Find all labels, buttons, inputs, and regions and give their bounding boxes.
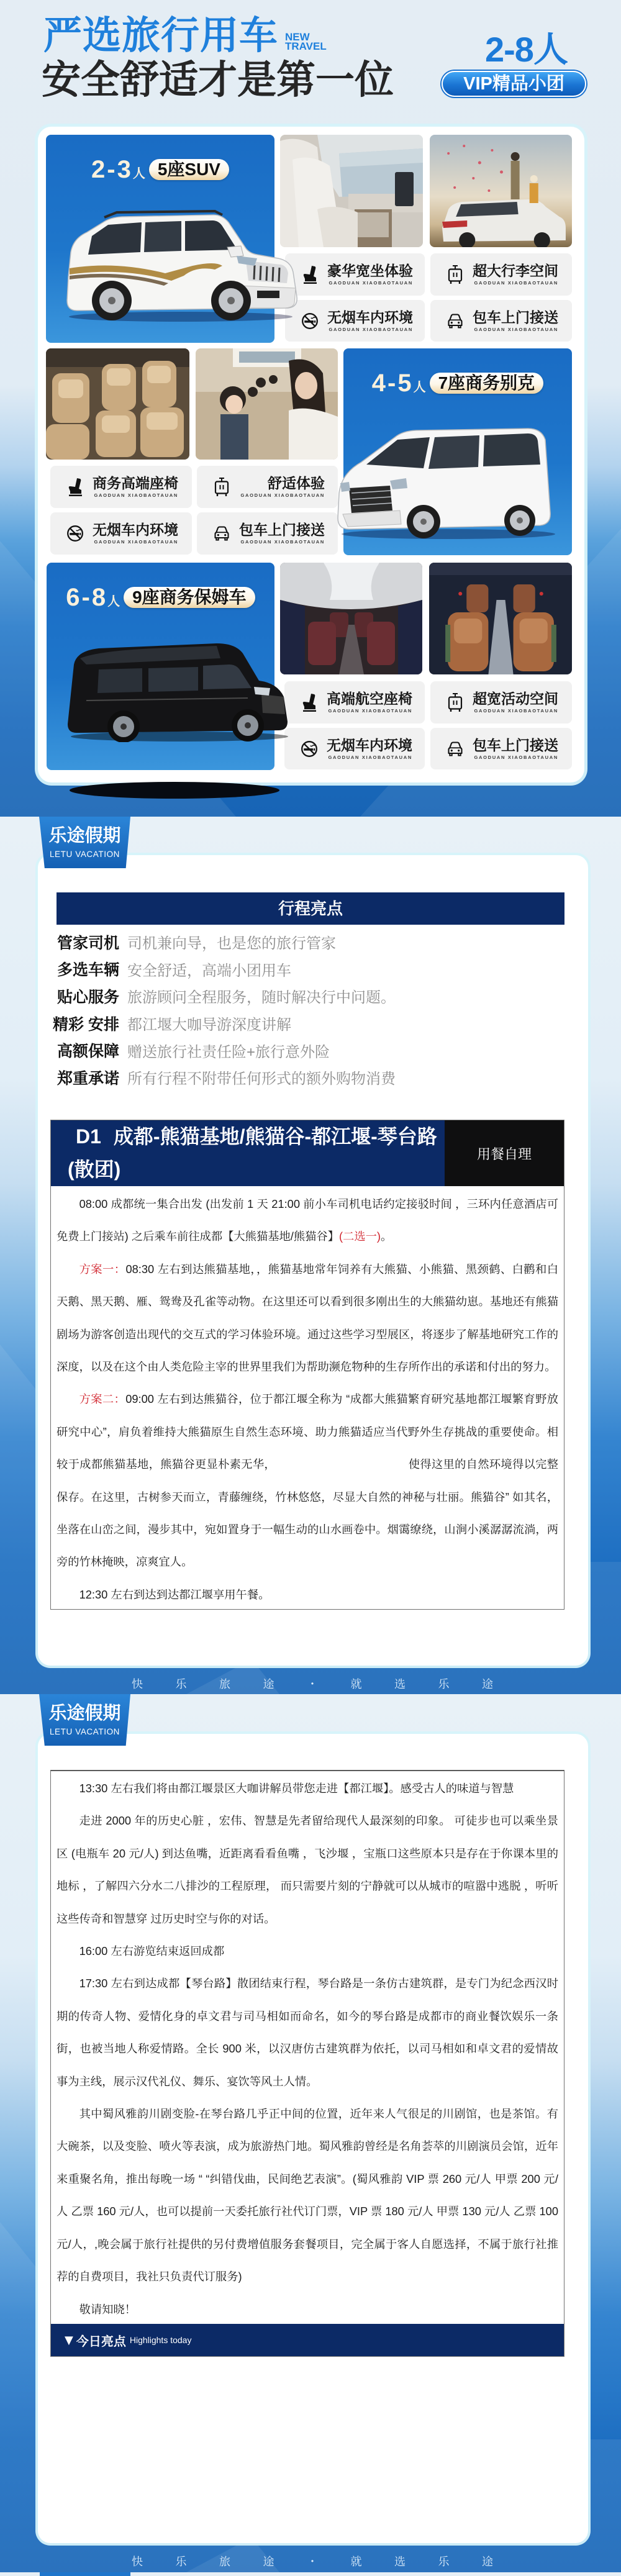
itinerary-paragraph: 13:30 左右我们将由都江堰景区大咖讲解员带您走进【都江堰】。感受古人的味道与… <box>57 1772 558 1805</box>
car-icon <box>446 739 464 759</box>
capacity-number: 6-8 <box>66 585 107 610</box>
suv-interior-photo <box>280 135 423 247</box>
luggage-icon <box>446 265 464 284</box>
slogan: 快乐旅途・就选乐途 <box>132 1677 526 1692</box>
itinerary-section-2: 乐途假期 LETU VACATION 13:30 左右我们将由都江堰景区大咖讲解… <box>0 1694 621 2572</box>
capacity-unit: 人 <box>414 379 426 396</box>
seat-icon <box>301 265 319 284</box>
highlight-description: 旅游顾问全程服务，随时解决行中问题。 <box>127 985 396 1007</box>
highlight-label: 高额保障 <box>48 1039 119 1061</box>
highlight-description: 司机兼向导，也是您的旅行管家 <box>127 931 336 953</box>
luggage-icon <box>446 692 464 712</box>
luggage-icon <box>213 477 230 497</box>
vehicle-model-badge: 5座SUV <box>149 159 229 180</box>
capacity-number: 2-3 <box>91 157 133 182</box>
family-in-mpv-photo <box>196 348 338 460</box>
no-smoking-icon <box>301 739 318 759</box>
highlight-label: 精彩 安排 <box>48 1012 119 1035</box>
day-title-line: D1成都-熊猫基地/熊猫谷-都江堰-琴台路 <box>68 1120 445 1153</box>
highlight-item: 贴心服务旅游顾问全程服务，随时解决行中问题。 <box>48 982 396 1010</box>
vip-group-badge: VIP精品小团 <box>442 71 586 97</box>
highlights-heading: 行程亮点 <box>57 892 564 925</box>
feature-tile: 包车上门接送GAODUAN XIAOBAOTAUAN <box>197 512 338 555</box>
brand-english-name: LETU VACATION <box>39 850 130 859</box>
itinerary-paragraph: 方案一：08:30 左右到达熊猫基地，，熊猫基地常年饲养有大熊猫、小熊猫、黑颈鹤… <box>57 1253 558 1384</box>
vehicle-panel-van: 6-8 人 9座商务保姆车 <box>47 563 274 770</box>
highlight-item: 郑重承诺所有行程不附带任何形式的额外购物消费 <box>48 1064 396 1091</box>
feature-subtitle: GAODUAN XIAOBAOTAUAN <box>470 708 558 714</box>
mpv-seats-photo <box>46 348 189 460</box>
day-route: 成都-熊猫基地/熊猫谷-都江堰-琴台路 <box>114 1125 437 1148</box>
vehicle-title: 2-3 人 5座SUV <box>46 157 274 182</box>
feature-title: 无烟车内环境 <box>325 309 413 325</box>
no-smoking-icon <box>66 524 84 543</box>
feature-title: 超宽活动空间 <box>470 691 558 707</box>
paragraph-text: 08:30 左右到达熊猫基地，，熊猫基地常年饲养有大熊猫、小熊猫、黑颈鹤、白鹳和… <box>57 1263 558 1373</box>
highlight-description: 所有行程不附带任何形式的额外购物消费 <box>127 1066 396 1088</box>
itinerary-paragraph: 其中蜀风雅韵川剧变脸-在琴台路几乎正中间的位置，近年来人气很足的川剧馆，也是茶馆… <box>57 2098 558 2293</box>
car-icon <box>213 524 230 543</box>
feature-tile: 豪华宽坐体验GAODUAN XIAOBAOTAUAN <box>285 253 425 296</box>
feature-tile: 无烟车内环境GAODUAN XIAOBAOTAUAN <box>284 728 425 769</box>
capacity-number: 4-5 <box>372 371 414 396</box>
headline-secondary: 安全舒适才是第一位 <box>42 58 394 102</box>
feature-tile: 超宽活动空间GAODUAN XIAOBAOTAUAN <box>430 681 572 723</box>
plan-label: 方案二： <box>79 1392 126 1405</box>
no-smoking-icon <box>301 311 319 331</box>
headline-tag: NEW TRAVEL <box>285 32 327 51</box>
feature-title: 豪华宽坐体验 <box>325 263 413 279</box>
brand-logo-tag: 乐途假期 LETU VACATION <box>39 817 130 868</box>
van-cabin-photo <box>280 563 422 674</box>
highlight-label: 多选车辆 <box>48 958 119 980</box>
feature-tile: 包车上门接送GAODUAN XIAOBAOTAUAN <box>430 728 572 769</box>
day-title: D1成都-熊猫基地/熊猫谷-都江堰-琴台路 (散团) <box>51 1120 445 1186</box>
brand-logo-tag-edge <box>40 2572 130 2576</box>
vehicle-model-badge: 7座商务别克 <box>430 373 544 394</box>
van-car-image <box>61 640 291 742</box>
itinerary-paragraph: 敬请知晓！ <box>57 2293 558 2326</box>
triangle-down-icon: ▼ <box>65 2334 73 2347</box>
feature-title: 包车上门接送 <box>470 737 558 753</box>
highlight-item: 管家司机司机兼向导，也是您的旅行管家 <box>48 928 396 956</box>
capacity-unit: 人 <box>133 166 145 182</box>
capacity-unit: 人 <box>107 594 120 610</box>
feature-title: 舒适体验 <box>237 475 325 491</box>
feature-tile: 商务高端座椅GAODUAN XIAOBAOTAUAN <box>50 466 192 508</box>
feature-subtitle: GAODUAN XIAOBAOTAUAN <box>325 280 413 286</box>
feature-title: 包车上门接送 <box>470 309 558 325</box>
day-description: 08:00 成都统一集合出发 (出发前 1 天 21:00 前小车司机电话约定接… <box>51 1186 564 1610</box>
brand-english-name: LETU VACATION <box>39 1727 130 1737</box>
feature-subtitle: GAODUAN XIAOBAOTAUAN <box>237 539 325 545</box>
itinerary-paragraph: 12:30 左右到达到达都江堰享用午餐。 <box>57 1579 558 1610</box>
group-size: 2-8人 <box>485 31 568 68</box>
itinerary-paragraph: 17:30 左右到达成都【琴台路】散团结束行程，琴台路是一条仿古建筑群，是专门为… <box>57 1967 558 2098</box>
feature-subtitle: GAODUAN XIAOBAOTAUAN <box>90 492 178 499</box>
itinerary-card: 行程亮点 管家司机司机兼向导，也是您的旅行管家 多选车辆安全舒适，高端小团用车 … <box>38 855 588 1666</box>
feature-subtitle: GAODUAN XIAOBAOTAUAN <box>90 539 178 545</box>
itinerary-paragraph: 方案二：09:00 左右到达熊猫谷，位于都江堰全称为 “成都大熊猫繁育研究基地都… <box>57 1383 558 1578</box>
plan-label: 方案一： <box>79 1263 126 1276</box>
highlight-item: 精彩 安排都江堰大咖导游深度讲解 <box>48 1010 396 1037</box>
vehicle-panel-suv: 2-3 人 5座SUV <box>46 135 274 343</box>
feature-tile: 无烟车内环境GAODUAN XIAOBAOTAUAN <box>50 512 192 555</box>
highlight-label: 郑重承诺 <box>48 1066 119 1089</box>
today-highlights-bar: ▼ 今日亮点 Highlights today <box>51 2324 564 2356</box>
slogan: 快乐旅途・就选乐途 <box>132 2554 526 2569</box>
feature-title: 超大行李空间 <box>470 263 558 279</box>
day-route-suffix: (散团) <box>68 1153 445 1186</box>
feature-title: 无烟车内环境 <box>324 737 412 753</box>
highlight-label: 管家司机 <box>48 931 119 953</box>
feature-tile: 包车上门接送GAODUAN XIAOBAOTAUAN <box>430 300 572 342</box>
paragraph-text: 09:00 左右到达熊猫谷，位于都江堰全称为 “成都大熊猫繁育研究基地都江堰繁育… <box>57 1392 558 1568</box>
brand-name: 乐途假期 <box>39 1703 130 1724</box>
highlight-description: 赠送旅行社责任险+旅行意外险 <box>127 1040 330 1061</box>
itinerary-card: 13:30 左右我们将由都江堰景区大咖讲解员带您走进【都江堰】。感受古人的味道与… <box>38 1734 588 2543</box>
seat-icon <box>66 477 84 497</box>
headline-primary: 严选旅行用车 <box>43 14 278 58</box>
highlight-description: 安全舒适，高端小团用车 <box>127 958 291 980</box>
highlight-label: 贴心服务 <box>48 985 119 1007</box>
feature-tile: 高端航空座椅GAODUAN XIAOBAOTAUAN <box>284 681 425 723</box>
paragraph-text: 12:30 左右到达到达都江堰享用午餐。 <box>79 1588 270 1601</box>
vehicle-panel-mpv: 4-5 人 7座商务别克 <box>343 348 572 555</box>
highlight-description: 都江堰大咖导游深度讲解 <box>127 1012 291 1034</box>
vehicle-model-badge: 9座商务保姆车 <box>124 587 255 608</box>
itinerary-paragraph: 08:00 成都统一集合出发 (出发前 1 天 21:00 前小车司机电话约定接… <box>57 1188 558 1253</box>
van-leather-seats-photo <box>429 563 572 674</box>
feature-title: 无烟车内环境 <box>90 522 178 538</box>
paragraph-end: 。 <box>381 1230 392 1243</box>
highlights-list: 管家司机司机兼向导，也是您的旅行管家 多选车辆安全舒适，高端小团用车 贴心服务旅… <box>48 928 396 1091</box>
brand-logo-tag: 乐途假期 LETU VACATION <box>39 1694 130 1746</box>
itinerary-section-1: 乐途假期 LETU VACATION 行程亮点 管家司机司机兼向导，也是您的旅行… <box>0 817 621 1694</box>
feature-subtitle: GAODUAN XIAOBAOTAUAN <box>470 755 558 761</box>
seat-icon <box>301 692 318 712</box>
feature-title: 包车上门接送 <box>237 522 325 538</box>
feature-title: 高端航空座椅 <box>324 691 412 707</box>
feature-title: 商务高端座椅 <box>90 475 178 491</box>
feature-tile: 无烟车内环境GAODUAN XIAOBAOTAUAN <box>285 300 425 342</box>
headline-tag-line2: TRAVEL <box>285 42 327 51</box>
itinerary-paragraph: 走进 2000 年的历史心脏 ，宏伟、智慧是先者留给现代人最深刻的印象。 可徒步… <box>57 1805 558 1935</box>
day1-itinerary-box: D1成都-熊猫基地/熊猫谷-都江堰-琴台路 (散团) 用餐自理 08:00 成都… <box>50 1120 564 1610</box>
feature-subtitle: GAODUAN XIAOBAOTAUAN <box>324 708 412 714</box>
suv-car-image <box>60 204 301 323</box>
today-highlights-title: 今日亮点 <box>76 2331 126 2349</box>
brand-name: 乐途假期 <box>39 825 130 846</box>
day1-afternoon-box: 13:30 左右我们将由都江堰景区大咖讲解员带您走进【都江堰】。感受古人的味道与… <box>50 1770 564 2357</box>
feature-subtitle: GAODUAN XIAOBAOTAUAN <box>325 327 413 333</box>
itinerary-paragraph: 16:00 左右游览结束返回成都 <box>57 1935 558 1967</box>
vehicle-showcase-card: 2-3 人 5座SUV <box>38 127 584 782</box>
day-label: D1 <box>76 1125 101 1148</box>
mpv-car-image <box>330 424 557 540</box>
feature-subtitle: GAODUAN XIAOBAOTAUAN <box>237 492 325 499</box>
option-note: (二选一) <box>339 1230 381 1243</box>
vehicle-title: 4-5 人 7座商务别克 <box>343 371 572 396</box>
meal-info: 用餐自理 <box>445 1120 564 1186</box>
highlight-item: 高额保障赠送旅行社责任险+旅行意外险 <box>48 1036 396 1064</box>
feature-subtitle: GAODUAN XIAOBAOTAUAN <box>470 280 558 286</box>
today-highlights-subtitle: Highlights today <box>130 2335 192 2345</box>
feature-tile: 舒适体验GAODUAN XIAOBAOTAUAN <box>197 466 338 508</box>
vehicle-section: 严选旅行用车 NEW TRAVEL 安全舒适才是第一位 2-8人 VIP精品小团… <box>0 0 621 817</box>
highlight-item: 多选车辆安全舒适，高端小团用车 <box>48 956 396 983</box>
day-header: D1成都-熊猫基地/熊猫谷-都江堰-琴台路 (散团) 用餐自理 <box>51 1120 564 1186</box>
car-icon <box>446 311 464 331</box>
feature-tile: 超大行李空间GAODUAN XIAOBAOTAUAN <box>430 253 572 296</box>
vehicle-title: 6-8 人 9座商务保姆车 <box>47 585 274 610</box>
car-shadow-decoration <box>70 782 279 799</box>
paragraph-text: 08:00 成都统一集合出发 (出发前 1 天 21:00 前小车司机电话约定接… <box>57 1197 558 1243</box>
day-description: 13:30 左右我们将由都江堰景区大咖讲解员带您走进【都江堰】。感受古人的味道与… <box>51 1771 564 2326</box>
feature-subtitle: GAODUAN XIAOBAOTAUAN <box>470 327 558 333</box>
travelers-on-suv-photo <box>430 135 572 247</box>
next-section-edge <box>0 2572 621 2576</box>
feature-subtitle: GAODUAN XIAOBAOTAUAN <box>324 755 412 761</box>
